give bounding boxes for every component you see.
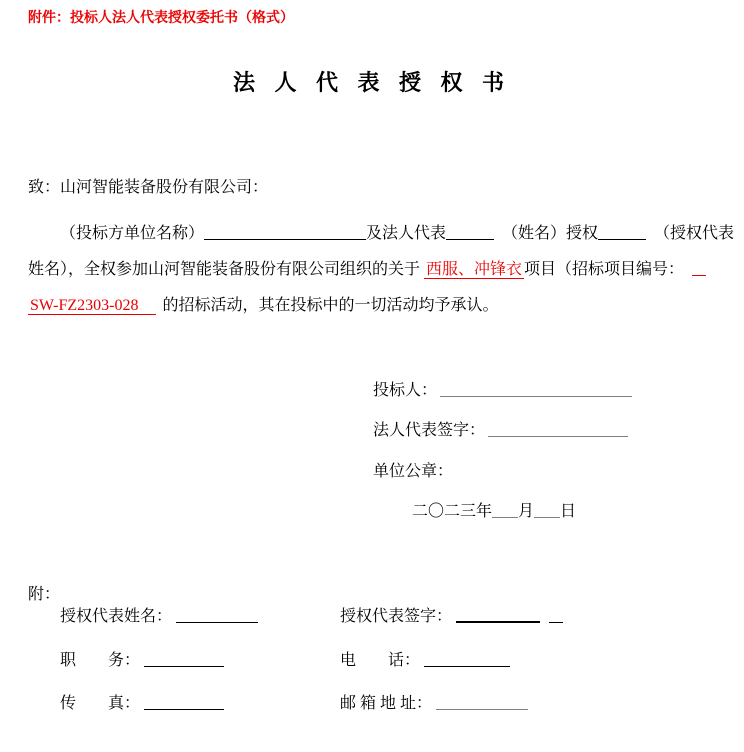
date-day-text: 日 bbox=[560, 503, 576, 520]
phone-label: 电 话： bbox=[340, 652, 420, 669]
paragraph-line-2: 姓名），全权参加山河智能装备股份有限公司组织的关于西服、冲锋衣项目（招标项目编号… bbox=[28, 252, 728, 288]
email-label: 邮 箱 地 址： bbox=[340, 695, 432, 712]
date-line: 二〇二三年月日 bbox=[412, 498, 576, 521]
page-title: 法 人 代 表 授 权 书 bbox=[0, 66, 744, 97]
date-year-text: 二〇二三年 bbox=[412, 503, 492, 520]
blank-email bbox=[436, 694, 528, 710]
blank-authorized-rep-name bbox=[176, 607, 258, 623]
blank-bidder bbox=[440, 381, 632, 397]
fax-label: 传 真： bbox=[60, 695, 140, 712]
seal-label: 单位公章： bbox=[373, 463, 453, 480]
appendix-row1-left: 授权代表姓名： bbox=[60, 603, 258, 626]
blank-company-name bbox=[204, 224, 366, 240]
paragraph-line-3: SW-FZ2303-028的招标活动，其在投标中的一切活动均予承认。 bbox=[28, 288, 728, 324]
appendix-row2-right: 电 话： bbox=[340, 647, 510, 670]
blank-fax bbox=[144, 694, 224, 710]
line1-mid-text: 及法人代表 bbox=[366, 225, 446, 242]
date-month-text: 月 bbox=[518, 503, 534, 520]
blank-authorized-rep-signature bbox=[456, 606, 540, 623]
blank-day bbox=[534, 502, 560, 518]
appendix-row3-left: 传 真： bbox=[60, 690, 224, 713]
blank-position bbox=[144, 651, 224, 667]
attachment-note: 附件：投标人法人代表授权委托书（格式） bbox=[28, 7, 294, 27]
line3-tail-text: 的招标活动，其在投标中的一切活动均予承认。 bbox=[162, 297, 498, 314]
project-number-highlight: SW-FZ2303-028 bbox=[28, 297, 156, 315]
blank-phone bbox=[424, 651, 510, 667]
appendix-heading: 附： bbox=[28, 581, 60, 604]
blank-project-number-start bbox=[692, 260, 706, 276]
bidder-label: 投标人： bbox=[373, 382, 437, 399]
line1-name-text: （姓名）授权 bbox=[502, 225, 598, 242]
authorized-name-label: 授权代表姓名： bbox=[60, 608, 172, 625]
rep-sign-label: 法人代表签字： bbox=[373, 422, 485, 439]
blank-authorized-name bbox=[598, 224, 646, 240]
appendix-row2-left: 职 务： bbox=[60, 647, 224, 670]
line1-tail-text: （授权代表 bbox=[654, 225, 734, 242]
appendix-row1-right: 授权代表签字： bbox=[340, 603, 563, 626]
blank-legal-rep-name bbox=[446, 224, 494, 240]
seal-line: 单位公章： bbox=[373, 458, 453, 481]
authorized-sign-label: 授权代表签字： bbox=[340, 608, 452, 625]
blank-month bbox=[492, 502, 518, 518]
line2-tail-text: 项目（招标项目编号： bbox=[524, 261, 684, 278]
authorization-letter-page: 附件：投标人法人代表授权委托书（格式） 法 人 代 表 授 权 书 致：山河智能… bbox=[0, 0, 744, 752]
rep-signature-line: 法人代表签字： bbox=[373, 417, 628, 440]
salutation-line: 致：山河智能装备股份有限公司： bbox=[28, 174, 268, 197]
line2-lead-text: 姓名），全权参加山河智能装备股份有限公司组织的关于 bbox=[28, 261, 420, 278]
body-paragraph: （投标方单位名称）及法人代表（姓名）授权（授权代表 姓名），全权参加山河智能装备… bbox=[28, 216, 728, 324]
line1-lead-text: （投标方单位名称） bbox=[60, 225, 204, 242]
position-label: 职 务： bbox=[60, 652, 140, 669]
blank-authorized-rep-signature-2 bbox=[549, 607, 563, 623]
project-name-highlight: 西服、冲锋衣 bbox=[424, 261, 524, 279]
appendix-row3-right: 邮 箱 地 址： bbox=[340, 690, 528, 713]
bidder-signature-line: 投标人： bbox=[373, 377, 632, 400]
blank-rep-signature bbox=[488, 421, 628, 437]
paragraph-line-1: （投标方单位名称）及法人代表（姓名）授权（授权代表 bbox=[28, 216, 728, 252]
